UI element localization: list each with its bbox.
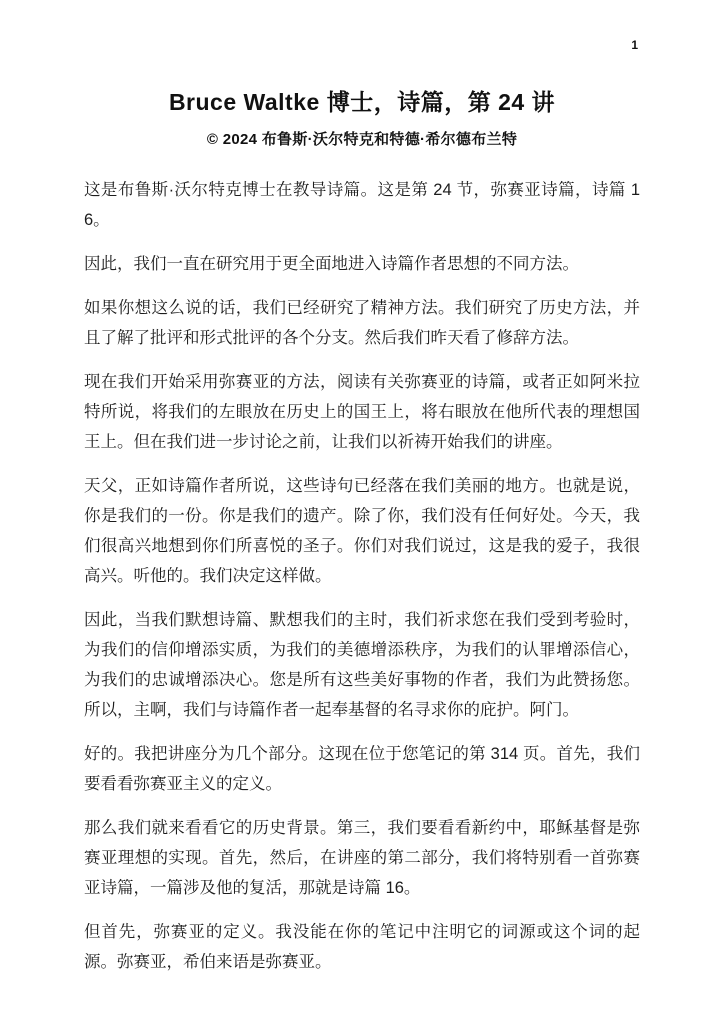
- page-number: 1: [631, 38, 638, 52]
- paragraph: 那么我们就来看看它的历史背景。第三，我们要看看新约中，耶稣基督是弥赛亚理想的实现…: [84, 813, 640, 903]
- paragraph: 因此，当我们默想诗篇、默想我们的主时，我们祈求您在我们受到考验时，为我们的信仰增…: [84, 605, 640, 725]
- document-title: Bruce Waltke 博士，诗篇，第 24 讲: [84, 88, 640, 118]
- paragraph: 好的。我把讲座分为几个部分。这现在位于您笔记的第 314 页。首先，我们要看看弥…: [84, 739, 640, 799]
- paragraph: 这是布鲁斯·沃尔特克博士在教导诗篇。这是第 24 节，弥赛亚诗篇，诗篇 16。: [84, 175, 640, 235]
- body-text: 这是布鲁斯·沃尔特克博士在教导诗篇。这是第 24 节，弥赛亚诗篇，诗篇 16。 …: [84, 175, 640, 977]
- paragraph: 天父，正如诗篇作者所说，这些诗句已经落在我们美丽的地方。也就是说，你是我们的一份…: [84, 471, 640, 591]
- document-page: 1 Bruce Waltke 博士，诗篇，第 24 讲 © 2024 布鲁斯·沃…: [0, 0, 724, 1024]
- copyright-line: © 2024 布鲁斯·沃尔特克和特德·希尔德布兰特: [84, 128, 640, 149]
- paragraph: 但首先，弥赛亚的定义。我没能在你的笔记中注明它的词源或这个词的起源。弥赛亚，希伯…: [84, 917, 640, 977]
- paragraph: 因此，我们一直在研究用于更全面地进入诗篇作者思想的不同方法。: [84, 249, 640, 279]
- paragraph: 如果你想这么说的话，我们已经研究了精神方法。我们研究了历史方法，并且了解了批评和…: [84, 293, 640, 353]
- paragraph: 现在我们开始采用弥赛亚的方法，阅读有关弥赛亚的诗篇，或者正如阿米拉特所说，将我们…: [84, 367, 640, 457]
- page-content: Bruce Waltke 博士，诗篇，第 24 讲 © 2024 布鲁斯·沃尔特…: [0, 0, 724, 977]
